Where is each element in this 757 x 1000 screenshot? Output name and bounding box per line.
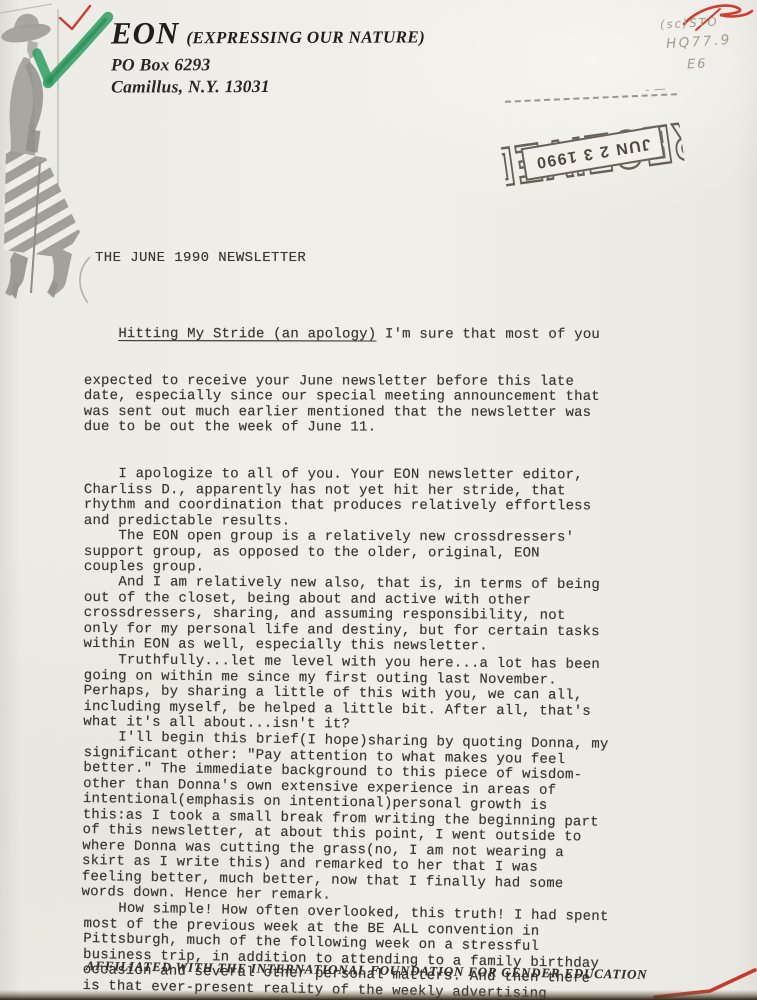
scanned-newsletter-page: EON (EXPRESSING OUR NATURE) PO Box 6293 … [0,0,757,1000]
newsletter-title: THE JUNE 1990 NEWSLETTER [95,250,306,266]
letterhead-title-line: EON (EXPRESSING OUR NATURE) [111,14,425,51]
org-name: EON [111,15,180,51]
paragraph-3: The EON open group is a relatively new c… [84,529,684,578]
received-date-stamp: RECEIVED JUN 2 3 1990 [503,92,683,210]
paragraph-6: I'll begin this brief(I hope)sharing by … [81,730,683,909]
call-number-line-2: HQ77.9 [666,32,733,53]
scan-bottom-edge [0,990,757,1000]
section-heading: Hitting My Stride (an apology) [118,326,376,342]
paragraph-5: Truthfully...let me level with you here.… [83,653,684,736]
org-address: PO Box 6293 Camillus, N.Y. 13031 [111,52,425,97]
paragraph-1-rest: expected to receive your June newsletter… [84,373,684,436]
paragraph-7: How simple! How often overlooked, this t… [82,901,684,1000]
address-line-2: Camillus, N.Y. 13031 [111,74,425,97]
paragraph-1: Hitting My Stride (an apology) I'm sure … [84,296,684,468]
newsletter-body: Hitting My Stride (an apology) I'm sure … [84,296,684,994]
paragraph-2: I apologize to all of you. Your EON news… [84,467,684,531]
paragraph-1-first-line: Hitting My Stride (an apology) I'm sure … [84,327,684,344]
letterhead: EON (EXPRESSING OUR NATURE) PO Box 6293 … [111,14,425,97]
call-number-line-3: E6 [687,56,708,72]
org-tagline: (EXPRESSING OUR NATURE) [186,27,425,48]
red-checkmark-icon [55,2,100,34]
paragraph-4: And I am relatively new also, that is, i… [84,575,684,656]
address-line-1: PO Box 6293 [111,52,425,75]
